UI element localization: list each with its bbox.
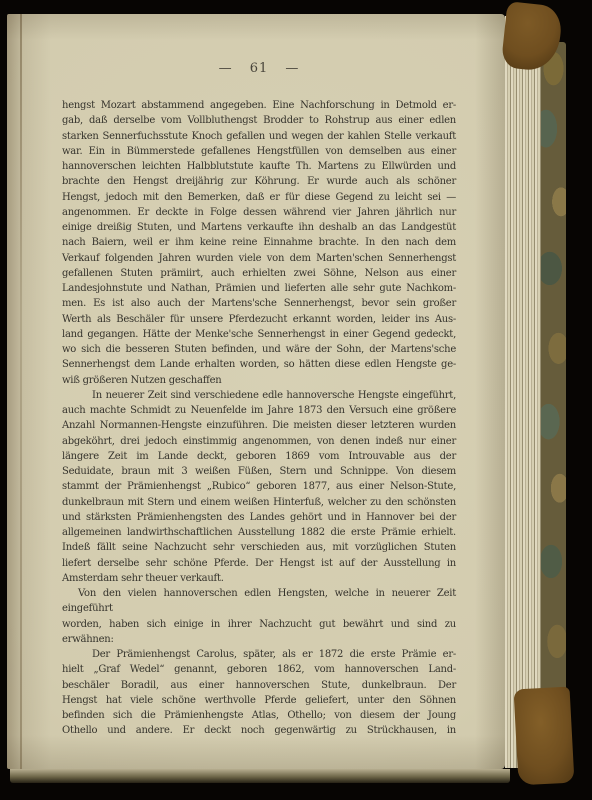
text-line: Othello und andere. Er deckt noch gegenw… (62, 723, 456, 738)
paragraph: hengst Mozart abstammend angegeben. Eine… (62, 98, 456, 388)
text-line: abgeköhrt, drei jedoch einstimmig angeno… (62, 434, 456, 449)
page-number: — 61 — (62, 61, 456, 76)
text-line: Landesjohnstute und Nathan, Prämien und … (62, 281, 456, 296)
text-line: Werth als Beschäler für unsere Pferdezuc… (62, 312, 456, 327)
text-line: gefallenen Stuten prämiirt, auch erhielt… (62, 266, 456, 281)
text-line: hengst Mozart abstammend angegeben. Eine… (62, 98, 456, 113)
paragraph: In neuerer Zeit sind verschiedene edle h… (62, 388, 456, 586)
text-line: Hengst, jedoch mit den Bemerken, daß er … (62, 190, 456, 205)
text-line: allgemeinen landwirthschaftlichen Ausste… (62, 525, 456, 540)
text-line: Anzahl Normannen-Hengste einzuführen. Di… (62, 418, 456, 433)
text-line: befinden sich die Prämienhengste Atlas, … (62, 708, 456, 723)
paragraph: Der Prämienhengst Carolus, später, als e… (62, 647, 456, 739)
text-line: einige dreißig Stuten, und Martens verka… (62, 220, 456, 235)
text-line: brachte den Hengst dreijährig zur Köhrun… (62, 174, 456, 189)
text-line: gab, daß derselbe vom Vollbluthengst Bro… (62, 113, 456, 128)
page-gutter-crease (20, 14, 22, 769)
text-line: Der Prämienhengst Carolus, später, als e… (62, 647, 456, 662)
book-photo: — 61 — hengst Mozart abstammend angegebe… (0, 0, 592, 800)
text-line: wo sich die besseren Stuten befinden, un… (62, 342, 456, 357)
text-line: stammt der Prämienhengst „Rubico“ gebore… (62, 479, 456, 494)
text-line: wiß größeren Nutzen geschaffen (62, 373, 456, 388)
text-line: und stärksten Prämienhengsten des Landes… (62, 510, 456, 525)
text-line: In neuerer Zeit sind verschiedene edle h… (62, 388, 456, 403)
text-line: nach Baiern, weil er ihm keine reine Ein… (62, 235, 456, 250)
text-line: war. Ein in Bümmerstede gefallenes Hengs… (62, 144, 456, 159)
page-edge-stack (505, 16, 542, 768)
text-line: Sennerhengst dem Lande erhalten worden, … (62, 357, 456, 372)
text-line: Verkauf folgenden Jahren wurden viele vo… (62, 251, 456, 266)
text-line: Von den vielen hannoverschen edlen Hengs… (62, 586, 456, 617)
text-line: auch machte Schmidt zu Neuenfelde im Jah… (62, 403, 456, 418)
text-line: beschäler Boradil, aus einer hannoversch… (62, 678, 456, 693)
paragraph: Von den vielen hannoverschen edlen Hengs… (62, 586, 456, 647)
text-line: Seduidate, braun mit 3 weißen Füßen, Ste… (62, 464, 456, 479)
text-line: hielt „Graf Wedel“ genannt, geboren 1862… (62, 662, 456, 677)
text-line: worden, haben sich einige in ihrer Nachz… (62, 617, 456, 648)
page-bottom-edge (10, 769, 510, 783)
text-line: angenommen. Er deckte in Folge dessen wä… (62, 205, 456, 220)
text-line: starken Sennerfuchsstute Knoch gefallen … (62, 129, 456, 144)
leather-edge-bottom (514, 687, 575, 786)
text-line: men. Es ist also auch der Martens'sche S… (62, 296, 456, 311)
text-line: hannoverschen leichten Halbblutstute kau… (62, 159, 456, 174)
text-line: längere Zeit im Lande deckt, geboren 186… (62, 449, 456, 464)
book-page: — 61 — hengst Mozart abstammend angegebe… (7, 14, 505, 769)
text-line: land gegangen. Hätte der Menke'sche Senn… (62, 327, 456, 342)
marbled-cover-edge (541, 42, 566, 708)
text-line: liefert derselbe sehr schöne Pferde. Der… (62, 556, 456, 571)
text-line: dunkelbraun mit Stern und einem weißen H… (62, 495, 456, 510)
text-line: Hengst hat viele schöne werthvolle Pferd… (62, 693, 456, 708)
text-line: Amsterdam sehr theuer verkauft. (62, 571, 456, 586)
text-line: Indeß fällt seine Nachzucht sehr verschi… (62, 540, 456, 555)
text-block: hengst Mozart abstammend angegeben. Eine… (62, 98, 456, 739)
